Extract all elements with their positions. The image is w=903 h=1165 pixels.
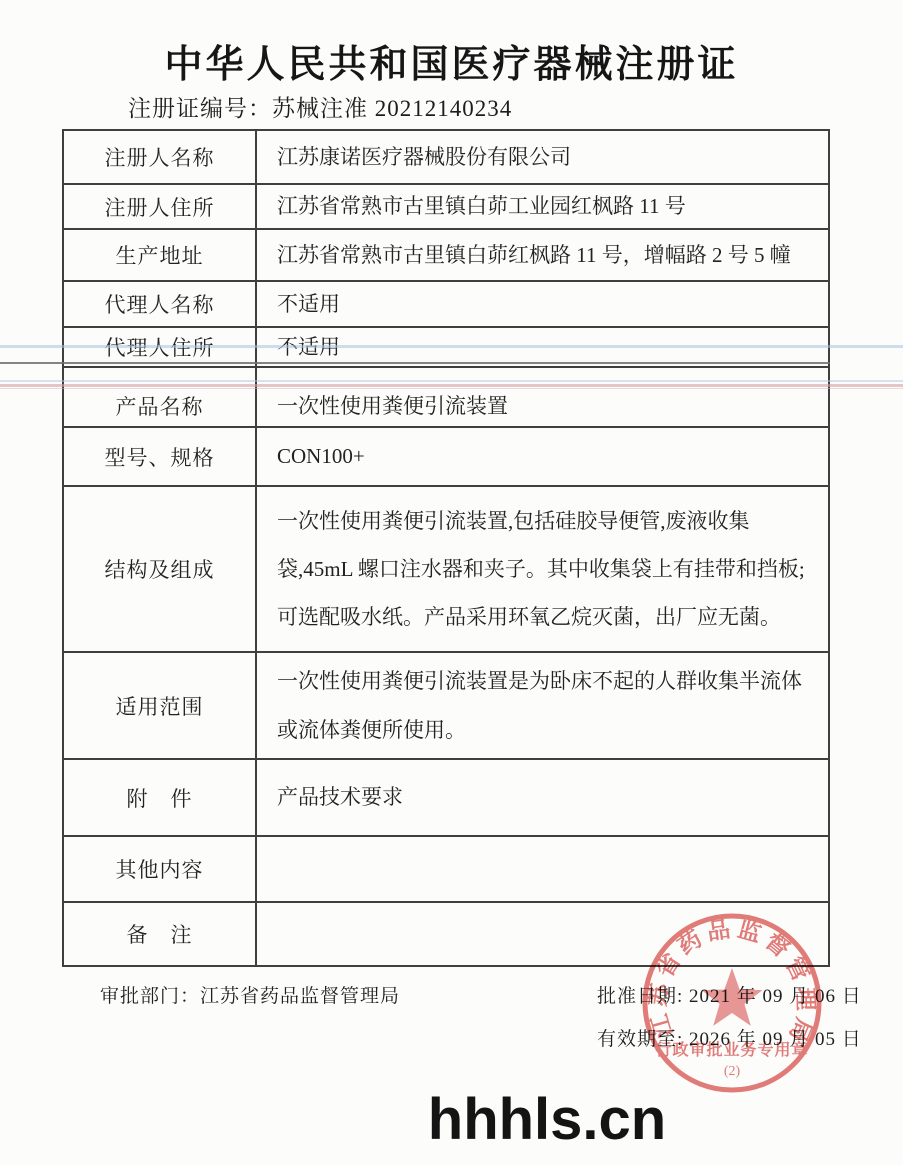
approval-date-value: 2021 年 09 月 06 日 [689,986,862,1007]
table-row: 代理人名称 不适用 [64,280,828,326]
row-value: 不适用 [257,282,828,326]
registration-number-line: 注册证编号：苏械注准 20212140234 [128,90,512,123]
registration-number-label: 注册证编号： [128,96,272,121]
row-label: 注册人名称 [64,131,257,183]
row-value: 产品技术要求 [257,760,828,835]
row-value: 江苏康诺医疗器械股份有限公司 [257,131,828,183]
row-value: 一次性使用粪便引流装置,包括硅胶导便管,废液收集袋,45mL 螺口注水器和夹子。… [257,487,828,651]
row-label: 附 件 [64,760,257,835]
approval-department-value: 江苏省药品监督管理局 [200,986,400,1007]
approval-date-line: 批准日期: 2021 年 09 月 06 日 [597,981,862,1008]
row-label: 备 注 [64,903,257,965]
approval-department-label: 审批部门： [100,986,200,1007]
approval-department-line: 审批部门：江苏省药品监督管理局 [100,981,400,1008]
certificate-table: 注册人名称 江苏康诺医疗器械股份有限公司 注册人住所 江苏省常熟市古里镇白茆工业… [62,129,830,967]
expiry-date-label: 有效期至: [597,1029,689,1050]
row-label: 型号、规格 [64,428,257,485]
approval-date-label: 批准日期: [597,986,689,1007]
table-row: 型号、规格 CON100+ [64,426,828,485]
row-label: 产品名称 [64,386,257,426]
row-label: 生产地址 [64,230,257,280]
table-row: 其他内容 [64,835,828,901]
expiry-date-value: 2026 年 09 月 05 日 [689,1029,862,1050]
table-row: 注册人住所 江苏省常熟市古里镇白茆工业园红枫路 11 号 [64,183,828,228]
row-value: 一次性使用粪便引流装置 [257,386,828,426]
row-value: CON100+ [257,428,828,485]
row-label: 注册人住所 [64,185,257,228]
table-row: 注册人名称 江苏康诺医疗器械股份有限公司 [64,131,828,183]
table-row: 备 注 [64,901,828,965]
row-label: 代理人名称 [64,282,257,326]
row-label: 代理人住所 [64,328,257,366]
row-label: 适用范围 [64,653,257,758]
table-row: 结构及组成 一次性使用粪便引流装置,包括硅胶导便管,废液收集袋,45mL 螺口注… [64,485,828,651]
registration-number-value: 苏械注准 20212140234 [272,96,512,121]
row-value [257,837,828,901]
row-label: 其他内容 [64,837,257,901]
row-value: 不适用 [257,328,828,366]
row-label: 结构及组成 [64,487,257,651]
table-row: 附 件 产品技术要求 [64,758,828,835]
seal-number-text: (2) [724,1064,741,1079]
row-label [64,368,257,386]
table-row: 代理人住所 不适用 [64,326,828,366]
row-value: 江苏省常熟市古里镇白茆红枫路 11 号，增幅路 2 号 5 幢 [257,230,828,280]
watermark-text: hhhls.cn [428,1086,666,1153]
page-title: 中华人民共和国医疗器械注册证 [0,33,903,88]
row-value: 江苏省常熟市古里镇白茆工业园红枫路 11 号 [257,185,828,228]
row-value [257,903,828,965]
certificate-page: 中华人民共和国医疗器械注册证 注册证编号：苏械注准 20212140234 注册… [0,0,903,1165]
table-row: 产品名称 一次性使用粪便引流装置 [64,386,828,426]
table-row: 适用范围 一次性使用粪便引流装置是为卧床不起的人群收集半流体或流体粪便所使用。 [64,651,828,758]
table-row: 生产地址 江苏省常熟市古里镇白茆红枫路 11 号，增幅路 2 号 5 幢 [64,228,828,280]
expiry-date-line: 有效期至: 2026 年 09 月 05 日 [597,1024,862,1051]
row-value: 一次性使用粪便引流装置是为卧床不起的人群收集半流体或流体粪便所使用。 [257,653,828,758]
